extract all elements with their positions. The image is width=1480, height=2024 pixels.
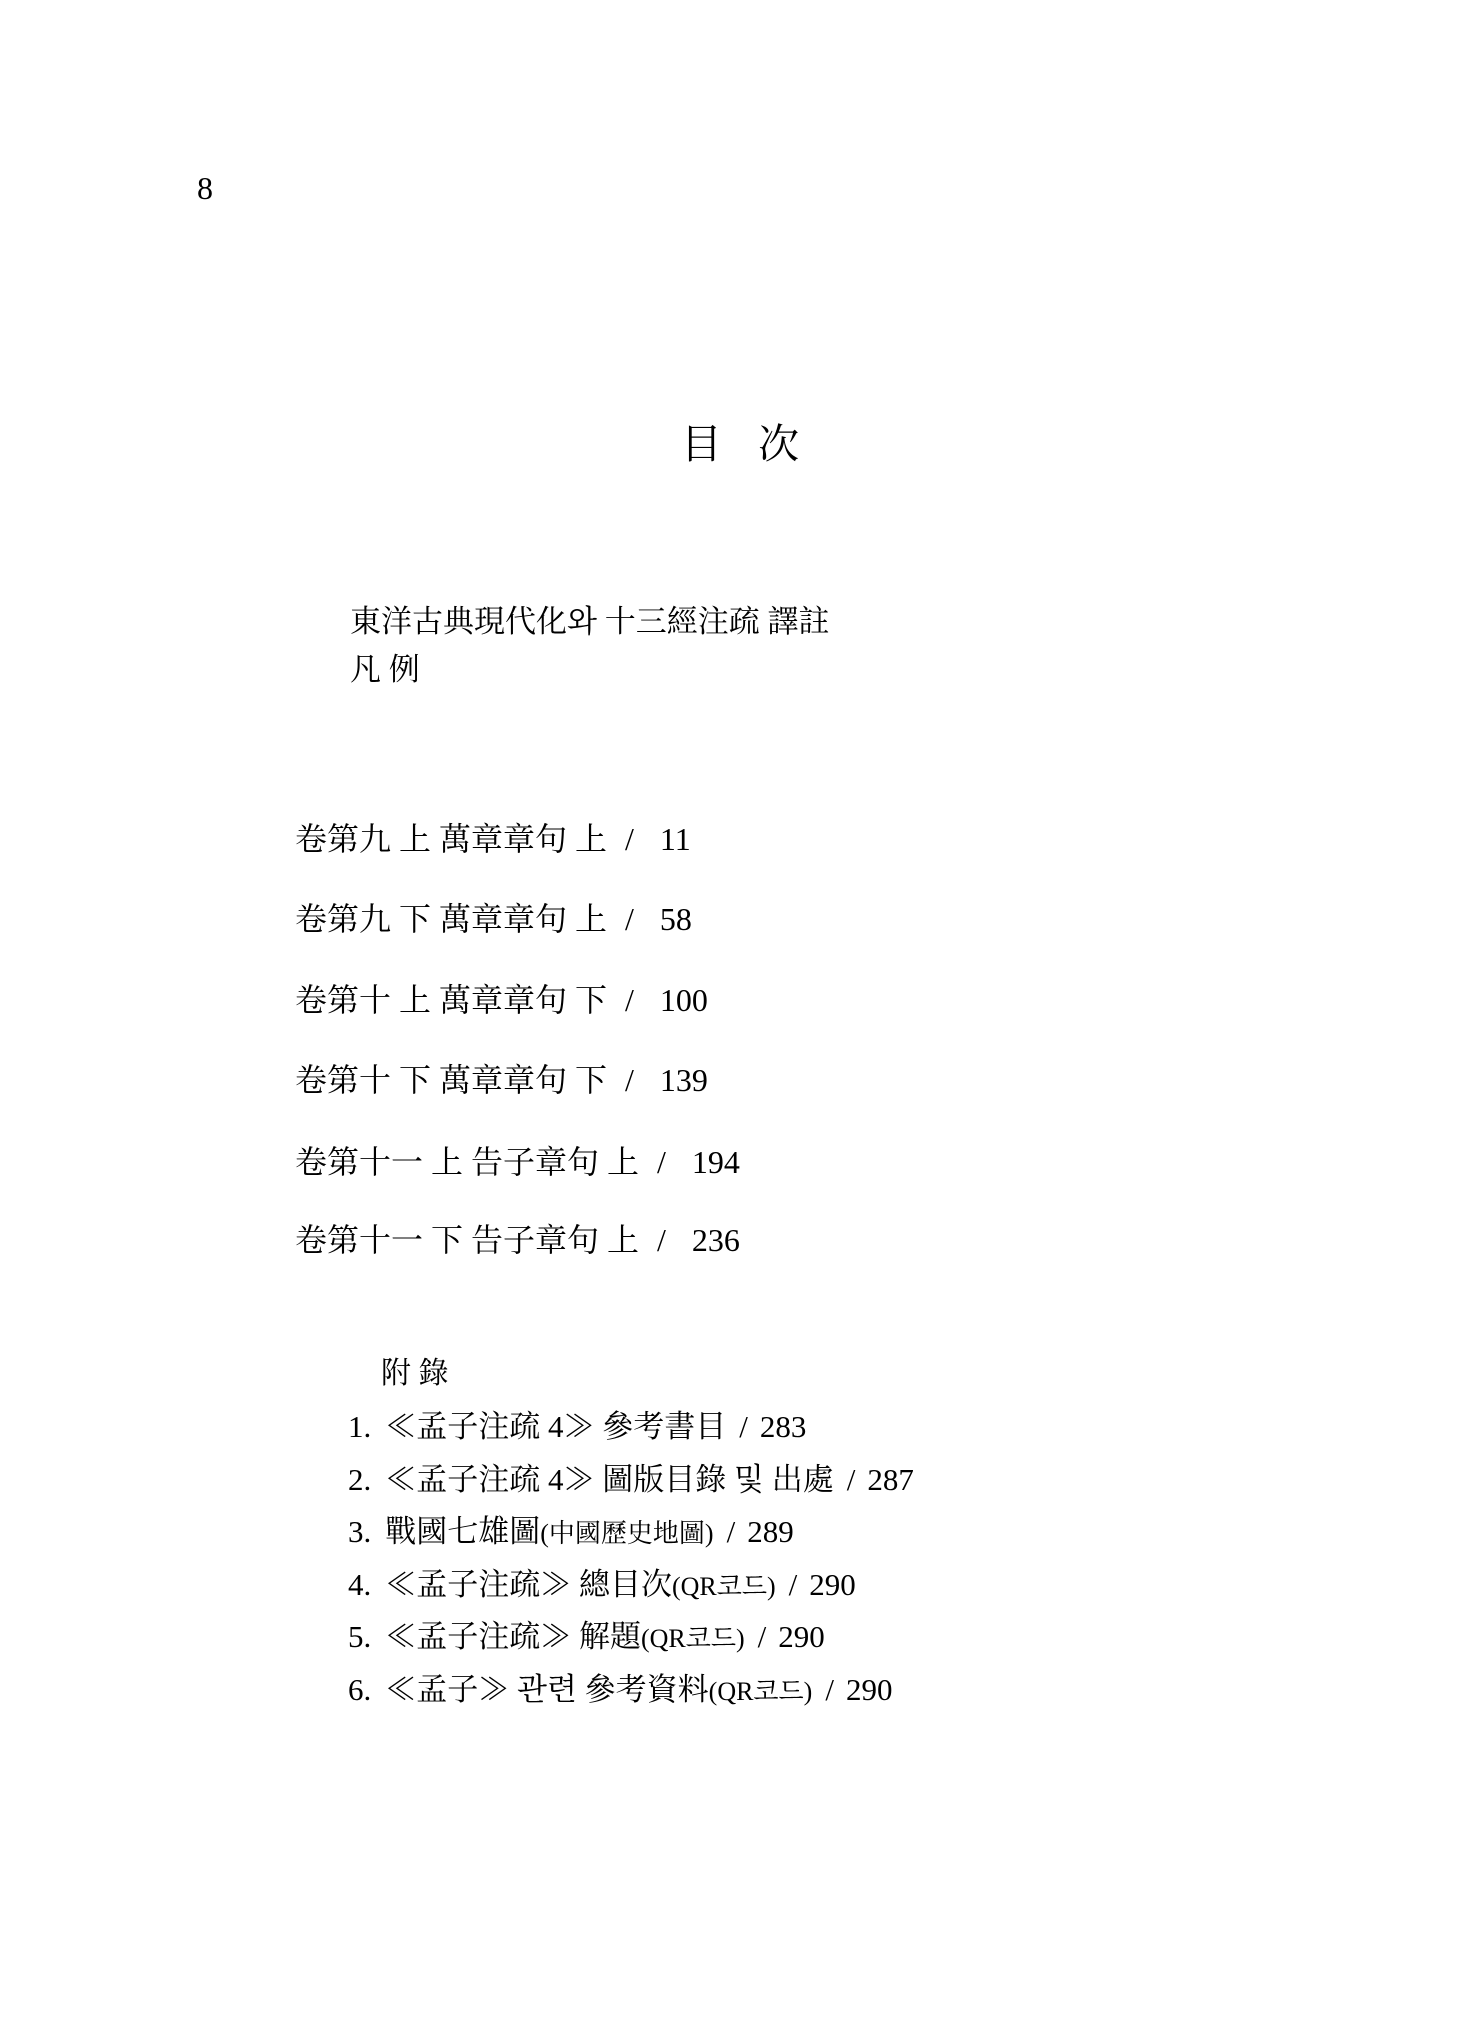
toc-entry-page: 139 [660,1062,708,1098]
book-toc-page: { "page": { "number": "8", "title": "目 次… [0,0,1480,2024]
appendix-item-number: 2. [348,1462,371,1497]
appendix-item: 6.≪孟子≫ 관련 參考資料(QR코드)/290 [348,1674,892,1705]
slash-separator: / [739,1409,748,1444]
toc-entry: 卷第十一 上 告子章句 上/194 [295,1146,740,1178]
toc-entry-label: 卷第十一 下 告子章句 上 [295,1222,639,1258]
slash-separator: / [727,1514,736,1549]
appendix-item-page: 290 [809,1567,856,1602]
toc-entry: 卷第十 下 萬章章句 下/139 [295,1064,708,1096]
appendix-item-number: 1. [348,1409,371,1444]
page-title: 目 次 [0,424,1480,465]
appendix-item-page: 287 [867,1462,914,1497]
appendix-item-number: 6. [348,1672,371,1707]
appendix-item-page: 290 [846,1672,893,1707]
front-matter-general-notes: 凡 例 [350,654,420,685]
appendix-item-note: (QR코드) [709,1677,813,1706]
toc-entry-label: 卷第十一 上 告子章句 上 [295,1144,639,1180]
toc-entry: 卷第十 上 萬章章句 下/100 [295,984,708,1016]
page-number: 8 [197,172,213,204]
toc-entry-label: 卷第九 上 萬章章句 上 [295,821,607,857]
slash-separator: / [657,1222,666,1258]
appendix-item-number: 3. [348,1514,371,1549]
appendix-item-label: ≪孟子注疏 4≫ 參考書目 [385,1409,726,1444]
slash-separator: / [789,1567,798,1602]
toc-entry-label: 卷第十 上 萬章章句 下 [295,982,607,1018]
slash-separator: / [625,901,634,937]
toc-entry-page: 194 [692,1144,740,1180]
appendix-heading: 附 錄 [381,1359,449,1389]
slash-separator: / [847,1462,856,1497]
toc-entry: 卷第十一 下 告子章句 上/236 [295,1224,740,1256]
slash-separator: / [657,1144,666,1180]
appendix-item: 4.≪孟子注疏≫ 總目次(QR코드)/290 [348,1569,856,1600]
appendix-item: 5.≪孟子注疏≫ 解題(QR코드)/290 [348,1621,825,1652]
appendix-item-label: ≪孟子≫ 관련 參考資料 [385,1672,708,1707]
appendix-item-label: ≪孟子注疏 4≫ 圖版目錄 및 出處 [385,1462,833,1497]
slash-separator: / [625,1062,634,1098]
appendix-item-note: (QR코드) [641,1624,745,1653]
slash-separator: / [825,1672,834,1707]
toc-entry: 卷第九 上 萬章章句 上/11 [295,823,691,855]
appendix-item: 1.≪孟子注疏 4≫ 參考書目/283 [348,1411,806,1442]
appendix-item-note: (QR코드) [672,1572,776,1601]
front-matter-series-title: 東洋古典現代化와 十三經注疏 譯註 [350,606,829,637]
appendix-item: 3.戰國七雄圖(中國歷史地圖)/289 [348,1516,794,1547]
appendix-item-page: 290 [778,1619,825,1654]
slash-separator: / [758,1619,767,1654]
toc-entry-label: 卷第九 下 萬章章句 上 [295,901,607,937]
toc-entry: 卷第九 下 萬章章句 上/58 [295,903,692,935]
toc-entry-label: 卷第十 下 萬章章句 下 [295,1062,607,1098]
appendix-item-label: 戰國七雄圖 [385,1514,540,1549]
appendix-item-page: 283 [760,1409,807,1444]
appendix-item-label: ≪孟子注疏≫ 總目次 [385,1567,672,1602]
toc-entry-page: 58 [660,901,692,937]
toc-entry-page: 236 [692,1222,740,1258]
slash-separator: / [625,982,634,1018]
appendix-item-note: (中國歷史地圖) [540,1519,713,1548]
appendix-item-label: ≪孟子注疏≫ 解題 [385,1619,641,1654]
appendix-item-number: 5. [348,1619,371,1654]
toc-entry-page: 11 [660,821,691,857]
appendix-item: 2.≪孟子注疏 4≫ 圖版目錄 및 出處/287 [348,1464,914,1495]
slash-separator: / [625,821,634,857]
toc-entry-page: 100 [660,982,708,1018]
appendix-item-number: 4. [348,1567,371,1602]
appendix-item-page: 289 [747,1514,794,1549]
